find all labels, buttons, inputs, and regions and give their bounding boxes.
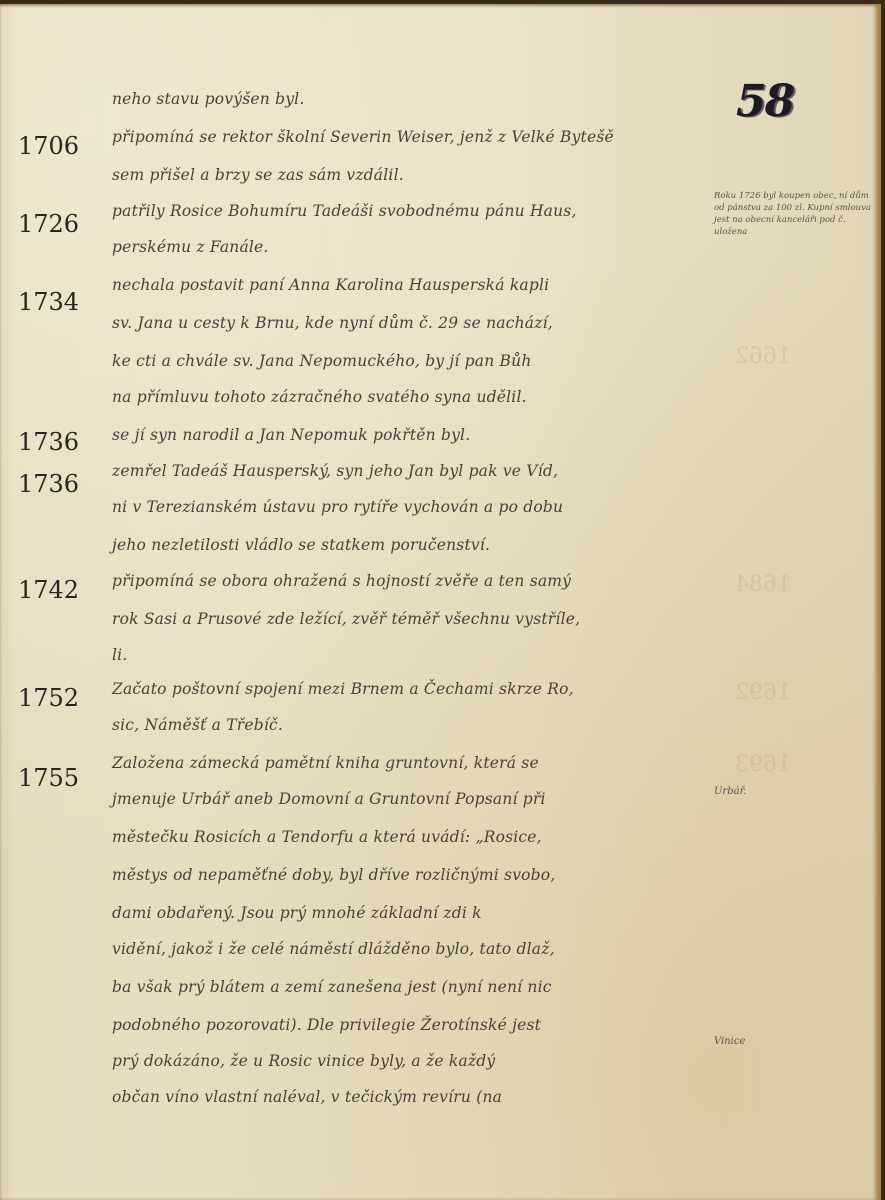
text-line: zemřel Tadeáš Hausperský, syn jeho Jan b… (112, 462, 692, 480)
margin-note: Urbář. (714, 786, 874, 798)
text-line: sic, Náměšť a Třebíč. (112, 716, 692, 734)
text-line: patřily Rosice Bohumíru Tadeáši svobodné… (112, 202, 692, 220)
page-number: 58 (736, 76, 793, 127)
text-line: Založena zámecká pamětní kniha gruntovní… (112, 754, 692, 772)
text-line: li. (112, 646, 692, 664)
text-line: občan víno vlastní naléval, v tečickým r… (112, 1088, 692, 1106)
text-line: perskému z Fanále. (112, 238, 692, 256)
bleed-through-number: 1692 (735, 680, 791, 705)
text-line: na přímluvu tohoto zázračného svatého sy… (112, 388, 692, 406)
entry-year: 1752 (18, 684, 79, 712)
text-line: nechala postavit paní Anna Karolina Haus… (112, 276, 692, 294)
margin-note: Roku 1726 byl koupen obec, ní dům od pán… (714, 190, 874, 238)
text-line: sv. Jana u cesty k Brnu, kde nyní dům č.… (112, 314, 692, 332)
text-line: jeho nezletilosti vládlo se statkem poru… (112, 536, 692, 554)
entry-year: 1734 (18, 288, 79, 316)
text-line: ke cti a chvále sv. Jana Nepomuckého, by… (112, 352, 692, 370)
bleed-through-number: 1693 (735, 752, 791, 777)
text-line: připomíná se obora ohražená s hojností z… (112, 572, 692, 590)
text-line: připomíná se rektor školní Severin Weise… (112, 128, 692, 146)
text-line: ba však prý blátem a zemí zanešena jest … (112, 978, 692, 996)
text-line: městys od nepaměťné doby, byl dříve rozl… (112, 866, 692, 884)
bleed-through-number: 1662 (735, 344, 791, 369)
entry-year: 1736 (18, 470, 79, 498)
text-line: rok Sasi a Prusové zde ležící, zvěř témě… (112, 610, 692, 628)
text-line: městečku Rosicích a Tendorfu a která uvá… (112, 828, 692, 846)
text-line: sem přišel a brzy se zas sám vzdálil. (112, 166, 692, 184)
text-line: dami obdařený. Jsou prý mnohé základní z… (112, 904, 692, 922)
entry-year: 1706 (18, 132, 79, 160)
text-line: Začato poštovní spojení mezi Brnem a Čec… (112, 680, 692, 698)
text-line: se jí syn narodil a Jan Nepomuk pokřtěn … (112, 426, 692, 444)
margin-note: Vinice (714, 1036, 874, 1048)
text-line: vidění, jakož i že celé náměstí dlážděno… (112, 940, 692, 958)
chronicle-page: 58 neho stavu povýšen byl. 1706 připomín… (0, 4, 881, 1200)
entry-year: 1726 (18, 210, 79, 238)
bleed-through-number: 1684 (735, 572, 791, 597)
entry-year: 1755 (18, 764, 79, 792)
entry-year: 1742 (18, 576, 79, 604)
text-line: neho stavu povýšen byl. (112, 90, 692, 108)
text-line: podobného pozorovati). Dle privilegie Že… (112, 1016, 692, 1034)
entry-year: 1736 (18, 428, 79, 456)
text-line: prý dokázáno, že u Rosic vinice byly, a … (112, 1052, 692, 1070)
text-line: jmenuje Urbář aneb Domovní a Gruntovní P… (112, 790, 692, 808)
text-line: ni v Terezianském ústavu pro rytíře vych… (112, 498, 692, 516)
